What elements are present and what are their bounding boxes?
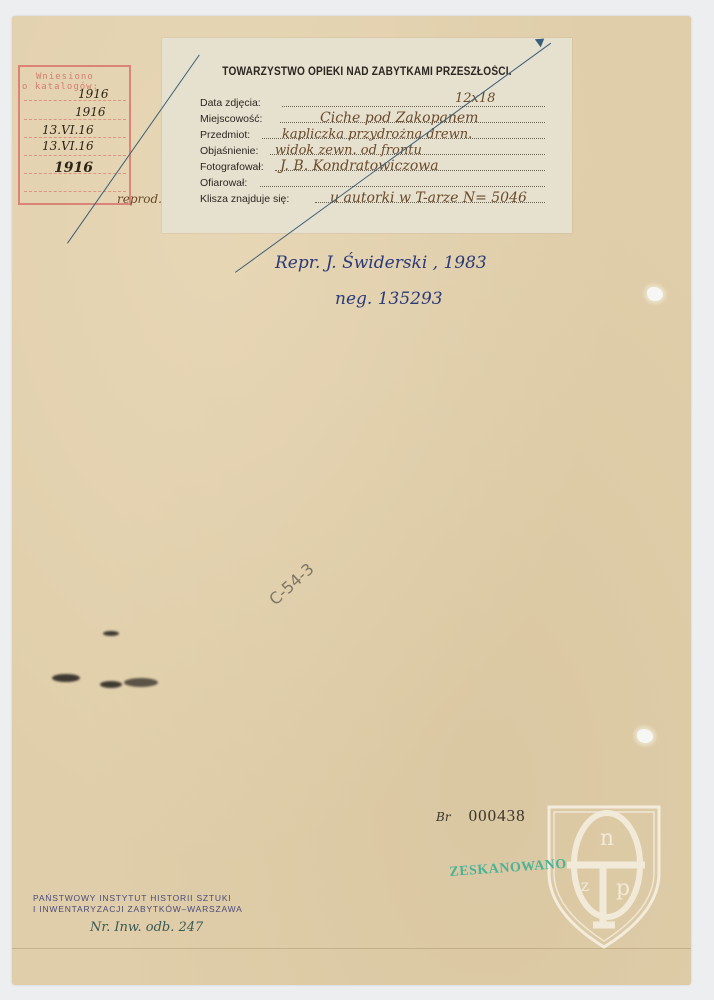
inventory-number: Nr. Inw. odb. 247 [90,920,203,935]
stamp-dotline [24,119,126,120]
dotted-line [282,106,545,107]
label-heading: TOWARZYSTWO OPIEKI NAD ZABYTKAMI PRZESZŁ… [187,66,548,78]
ink-smudge [100,681,122,688]
reproduction-note: Repr. J. Świderski , 1983 [275,253,487,273]
field-location: Miejscowość: Ciche pod Zakopanem [200,110,545,126]
institute-line1: PAŃSTWOWY INSTYTUT HISTORII SZTUKI [33,893,243,904]
punched-hole [637,729,653,743]
field-description: Objaśnienie: widok zewn. od frontu [200,142,545,158]
stamp-entry: 1916 [54,160,93,176]
field-label: Objaśnienie: [200,145,258,157]
reprod-margin-note: reprod. [117,192,162,206]
br-value: 000438 [469,806,526,825]
ink-smudge [124,678,158,687]
svg-text:z: z [581,876,589,895]
institute-stamp: PAŃSTWOWY INSTYTUT HISTORII SZTUKI I INW… [33,893,243,915]
stamp-entry: 1916 [75,105,106,119]
society-label: TOWARZYSTWO OPIEKI NAD ZABYTKAMI PRZESZŁ… [162,38,572,233]
br-label: Br [436,810,451,824]
field-label: Ofiarował: [200,177,247,189]
field-label: Fotografował: [200,161,264,173]
field-photo-date: Data zdjęcia: 12x18 [200,94,545,110]
ink-smudge [52,674,80,682]
br-number: Br000438 [436,806,526,826]
stamp-dotline [24,155,126,156]
stamp-dotline [24,137,126,138]
field-value: widok zewn. od frontu [275,143,422,158]
stamp-dotline [24,100,126,101]
stamp-entry: 1916 [78,87,109,101]
stamp-entry: 13.VI.16 [42,123,94,137]
field-subject: Przedmiot: kapliczka przydrożna drewn. [200,126,545,142]
stamp-dotline [24,191,126,192]
field-donor: Ofiarował: [200,174,545,190]
field-value: J. B. Kondratowiczowa [280,158,439,174]
field-label: Data zdjęcia: [200,97,261,109]
svg-text:p: p [616,876,630,901]
negative-number: neg. 135293 [335,289,443,309]
field-label: Klisza znajduje się: [200,193,289,205]
stamp-entry: 13.VI.16 [42,139,94,153]
field-label: Miejscowość: [200,113,262,125]
field-negative-location: Klisza znajduje się: u autorki w T-arze … [200,190,580,206]
institute-line2: I INWENTARYZACJI ZABYTKÓW–WARSZAWA [33,904,243,915]
ink-smudge [103,631,119,636]
field-label: Przedmiot: [200,129,250,141]
svg-text:n: n [600,826,614,851]
punched-hole [647,287,663,301]
field-value: u autorki w T-arze N= 5046 [330,190,527,206]
dotted-line [260,186,545,187]
stamp-title-line1: Wniesiono [30,72,99,82]
embossed-shield-icon: n p z [545,803,663,951]
catalog-stamp: Wniesiono o katalogów: 1916 1916 13.VI.1… [18,65,131,205]
field-value: kapliczka przydrożna drewn. [282,127,472,142]
